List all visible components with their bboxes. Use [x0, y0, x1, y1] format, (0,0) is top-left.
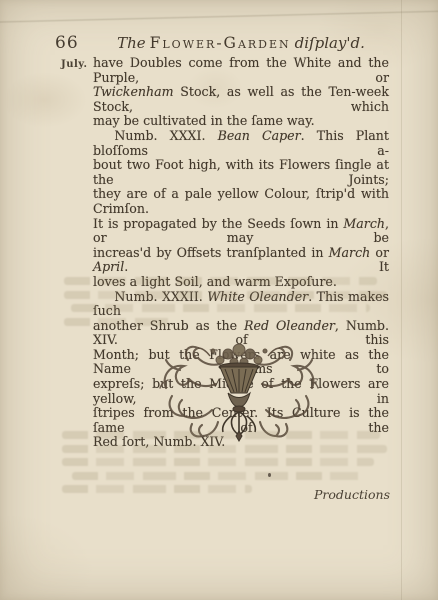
margin-note-month: July.	[61, 59, 87, 70]
showthrough-line	[71, 304, 371, 312]
ink-speck	[268, 473, 271, 477]
text-line: have Doubles come from the White and the…	[93, 56, 389, 85]
showthrough-line	[64, 318, 175, 326]
showthrough-line	[62, 431, 380, 439]
paragraph: Numb. XXXI. Bean Caper. This Plant bloſſ…	[93, 129, 389, 290]
text-line: Twickenham Stock, as well as the Ten-wee…	[93, 85, 389, 114]
page-edge-shadow	[401, 0, 402, 600]
paper-crease	[0, 10, 438, 23]
showthrough-line	[64, 277, 377, 285]
running-title-lead: The	[117, 34, 146, 52]
text-line: may be cultivated in the ſame way.	[93, 114, 389, 129]
text-line: It is propagated by the Seeds ſown in Ma…	[93, 217, 389, 246]
showthrough-line	[64, 291, 387, 299]
showthrough-line	[72, 472, 367, 480]
paragraph: have Doubles come from the White and the…	[93, 56, 389, 129]
page-number: 66	[55, 33, 79, 53]
tailpiece-ornament	[158, 336, 320, 442]
text-line: bout two Foot high, with its Flowers ſin…	[93, 158, 389, 187]
running-title-suffix: diſplay'd.	[295, 34, 365, 52]
running-title: TheFlower-Gardendiſplay'd.	[90, 34, 392, 52]
text-line: they are of a pale yellow Colour, ſtrip'…	[93, 187, 389, 216]
text-line: Numb. XXXI. Bean Caper. This Plant bloſſ…	[93, 129, 389, 158]
showthrough-line	[62, 458, 374, 466]
showthrough-line	[62, 445, 387, 453]
showthrough-line	[62, 485, 252, 493]
running-title-main: Flower-Garden	[150, 34, 291, 52]
text-line: increas'd by Offsets tranſplanted in Mar…	[93, 246, 389, 275]
catchword: Productions	[314, 487, 390, 502]
book-page: 66 TheFlower-Gardendiſplay'd. July. have…	[0, 0, 438, 600]
showthrough-text-upper	[64, 277, 390, 331]
